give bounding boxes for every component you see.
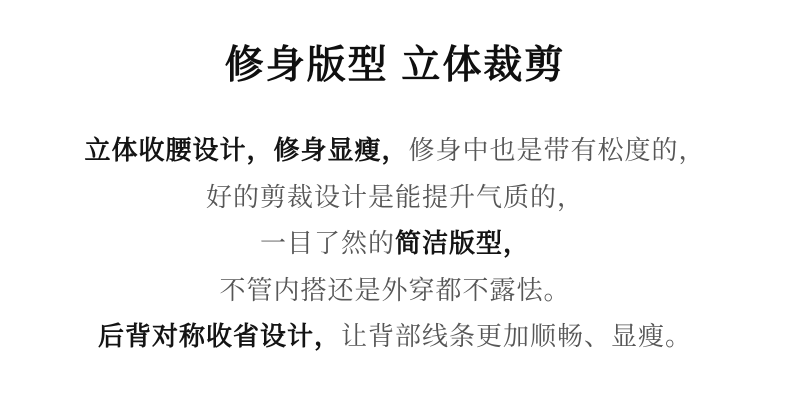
description-line: 好的剪裁设计是能提升气质的，: [0, 174, 790, 221]
body-text: 让背部线条更加顺畅、显瘦。: [341, 321, 692, 351]
description-line: 一目了然的简洁版型，: [0, 220, 790, 267]
body-text: 不管内搭还是外穿都不露怯。: [219, 275, 570, 305]
description-paragraph: 立体收腰设计，修身显瘦，修身中也是带有松度的， 好的剪裁设计是能提升气质的， 一…: [0, 127, 790, 360]
emphasis-text: 简洁版型，: [395, 228, 530, 258]
body-text: 好的剪裁设计是能提升气质的，: [206, 182, 584, 212]
body-text: 一目了然的: [260, 228, 395, 258]
description-line: 立体收腰设计，修身显瘦，修身中也是带有松度的，: [0, 127, 790, 174]
description-line: 后背对称收省设计，让背部线条更加顺畅、显瘦。: [0, 313, 790, 360]
body-text: 修身中也是带有松度的，: [409, 135, 706, 165]
emphasis-text: 后背对称收省设计，: [98, 321, 341, 351]
description-line: 不管内搭还是外穿都不露怯。: [0, 267, 790, 314]
product-description-panel: 修身版型 立体裁剪 立体收腰设计，修身显瘦，修身中也是带有松度的， 好的剪裁设计…: [0, 0, 790, 415]
section-title: 修身版型 立体裁剪: [0, 42, 790, 90]
emphasis-text: 立体收腰设计，修身显瘦，: [84, 135, 408, 165]
